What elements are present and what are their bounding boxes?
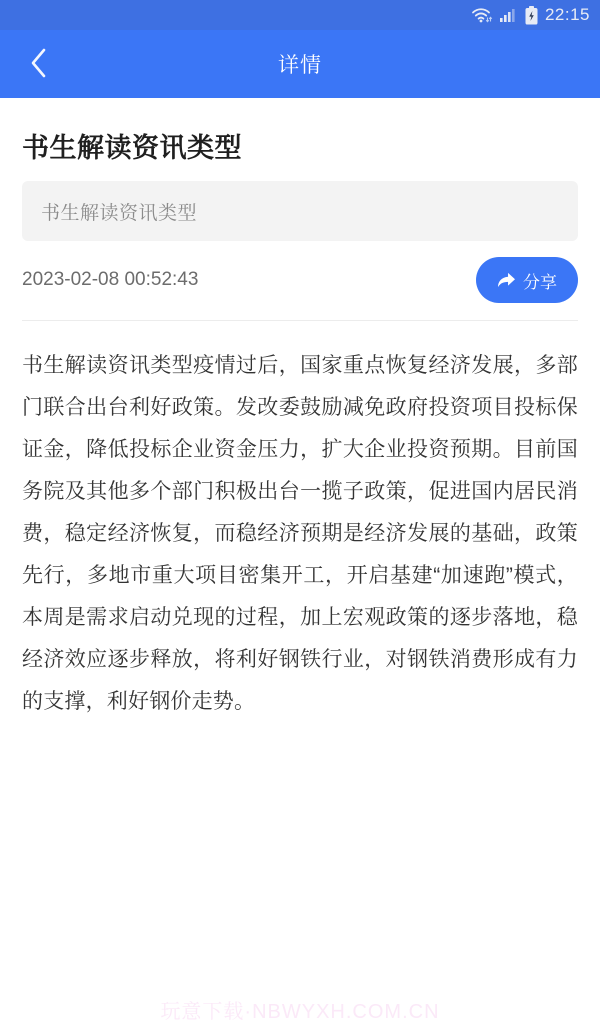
signal-strength-icon: [500, 7, 518, 23]
share-forward-arrow-icon: [497, 272, 516, 289]
article-subtitle-box: 书生解读资讯类型: [22, 181, 578, 241]
article-date: 2023-02-08 00:52:43: [22, 269, 198, 291]
article-content: 书生解读资讯类型 书生解读资讯类型 2023-02-08 00:52:43 分享…: [0, 126, 600, 723]
wifi-icon: [471, 6, 493, 24]
share-button[interactable]: 分享: [476, 257, 578, 303]
chevron-left-icon: [29, 47, 47, 82]
app-screen: 22:15 详情 书生解读资讯类型 书生解读资讯类型 2023-02-08 00…: [0, 0, 600, 1030]
article-meta-row: 2023-02-08 00:52:43 分享: [22, 257, 578, 303]
watermark-text: 玩意下载·NBWYXH.COM.CN: [0, 995, 600, 1024]
article-title: 书生解读资讯类型: [22, 126, 578, 165]
page-title: 详情: [278, 49, 322, 79]
article-subtitle-text: 书生解读资讯类型: [41, 198, 197, 225]
article-body: 书生解读资讯类型疫情过后，国家重点恢复经济发展，多部门联合出台利好政策。发改委鼓…: [22, 345, 578, 723]
back-button[interactable]: [14, 30, 62, 98]
battery-charging-icon: [525, 6, 538, 25]
status-bar: 22:15: [0, 0, 600, 30]
status-time: 22:15: [545, 5, 590, 25]
nav-bar: 详情: [0, 30, 600, 98]
share-button-label: 分享: [523, 268, 557, 293]
divider: [22, 320, 578, 321]
